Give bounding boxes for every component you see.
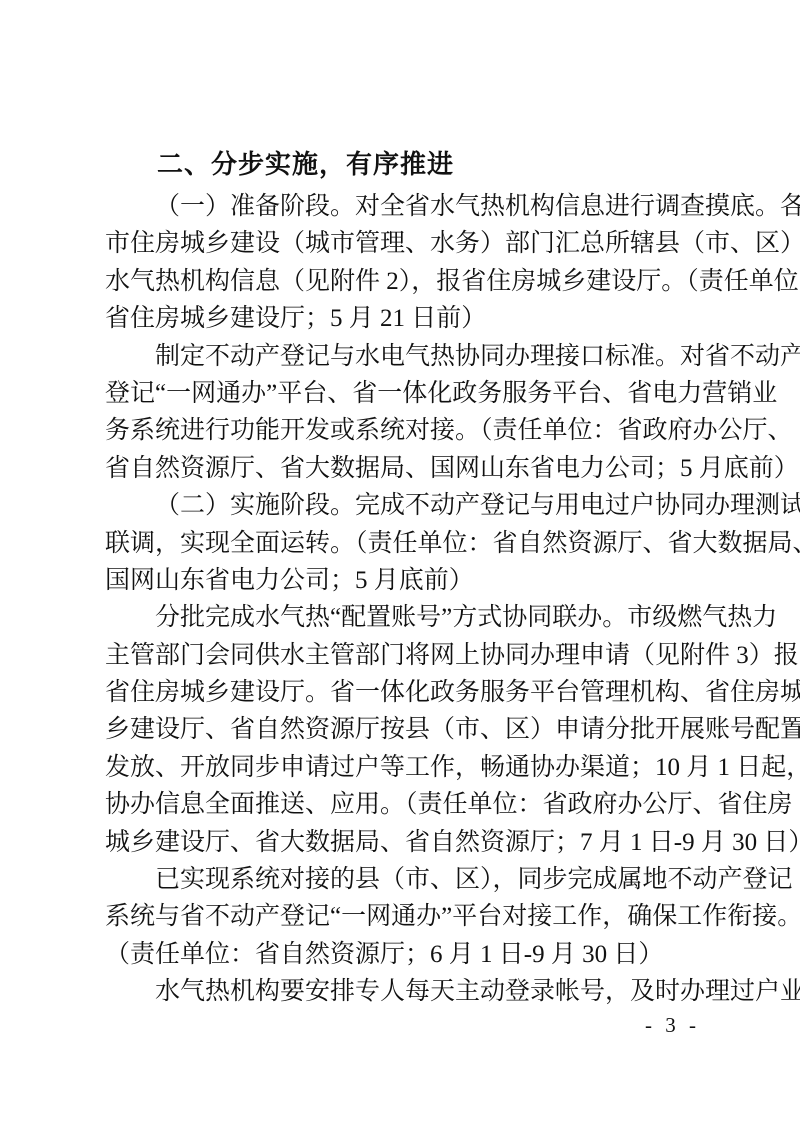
text-line: 登记“一网通办”平台、省一体化政务服务平台、省电力营销业 <box>105 375 711 412</box>
text-line: 乡建设厅、省自然资源厅按县（市、区）申请分批开展账号配置、 <box>105 711 711 748</box>
paragraph: 已实现系统对接的县（市、区），同步完成属地不动产登记系统与省不动产登记“一网通办… <box>105 861 711 973</box>
text-line: 水气热机构信息（见附件 2），报省住房城乡建设厅。（责任单位： <box>105 263 711 300</box>
document-body: 二、分步实施，有序推进 （一）准备阶段。对全省水气热机构信息进行调查摸底。各市住… <box>105 142 711 1011</box>
page-number: - 3 - <box>645 1012 700 1038</box>
text-line: 系统与省不动产登记“一网通办”平台对接工作，确保工作衔接。 <box>105 898 711 935</box>
text-line: 省自然资源厅、省大数据局、国网山东省电力公司；5 月底前） <box>105 450 711 487</box>
text-line: 联调，实现全面运转。（责任单位：省自然资源厅、省大数据局、 <box>105 525 711 562</box>
paragraph: 分批完成水气热“配置账号”方式协同联办。市级燃气热力主管部门会同供水主管部门将网… <box>105 599 711 861</box>
text-line: 市住房城乡建设（城市管理、水务）部门汇总所辖县（市、区） <box>105 225 711 262</box>
text-line: 制定不动产登记与水电气热协同办理接口标准。对省不动产 <box>105 338 711 375</box>
text-line: （责任单位：省自然资源厅；6 月 1 日-9 月 30 日） <box>105 936 711 973</box>
text-line: 国网山东省电力公司；5 月底前） <box>105 562 711 599</box>
text-line: 务系统进行功能开发或系统对接。（责任单位：省政府办公厅、 <box>105 412 711 449</box>
text-line: 省住房城乡建设厅。省一体化政务服务平台管理机构、省住房城 <box>105 674 711 711</box>
text-line: 主管部门会同供水主管部门将网上协同办理申请（见附件 3）报 <box>105 637 711 674</box>
text-line: （二）实施阶段。完成不动产登记与用电过户协同办理测试、 <box>105 487 711 524</box>
paragraphs-container: （一）准备阶段。对全省水气热机构信息进行调查摸底。各市住房城乡建设（城市管理、水… <box>105 188 711 1011</box>
text-line: 城乡建设厅、省大数据局、省自然资源厅；7 月 1 日-9 月 30 日） <box>105 824 711 861</box>
text-line: 分批完成水气热“配置账号”方式协同联办。市级燃气热力 <box>105 599 711 636</box>
text-line: （一）准备阶段。对全省水气热机构信息进行调查摸底。各 <box>105 188 711 225</box>
text-line: 发放、开放同步申请过户等工作，畅通协办渠道；10 月 1 日起， <box>105 749 711 786</box>
section-heading: 二、分步实施，有序推进 <box>105 142 711 186</box>
document-page: 二、分步实施，有序推进 （一）准备阶段。对全省水气热机构信息进行调查摸底。各市住… <box>0 0 800 1131</box>
paragraph: 制定不动产登记与水电气热协同办理接口标准。对省不动产登记“一网通办”平台、省一体… <box>105 338 711 488</box>
text-line: 省住房城乡建设厅；5 月 21 日前） <box>105 300 711 337</box>
text-line: 水气热机构要安排专人每天主动登录帐号，及时办理过户业 <box>105 973 711 1010</box>
text-line: 已实现系统对接的县（市、区），同步完成属地不动产登记 <box>105 861 711 898</box>
paragraph: （一）准备阶段。对全省水气热机构信息进行调查摸底。各市住房城乡建设（城市管理、水… <box>105 188 711 338</box>
paragraph: （二）实施阶段。完成不动产登记与用电过户协同办理测试、联调，实现全面运转。（责任… <box>105 487 711 599</box>
paragraph: 水气热机构要安排专人每天主动登录帐号，及时办理过户业 <box>105 973 711 1010</box>
text-line: 协办信息全面推送、应用。（责任单位：省政府办公厅、省住房 <box>105 786 711 823</box>
